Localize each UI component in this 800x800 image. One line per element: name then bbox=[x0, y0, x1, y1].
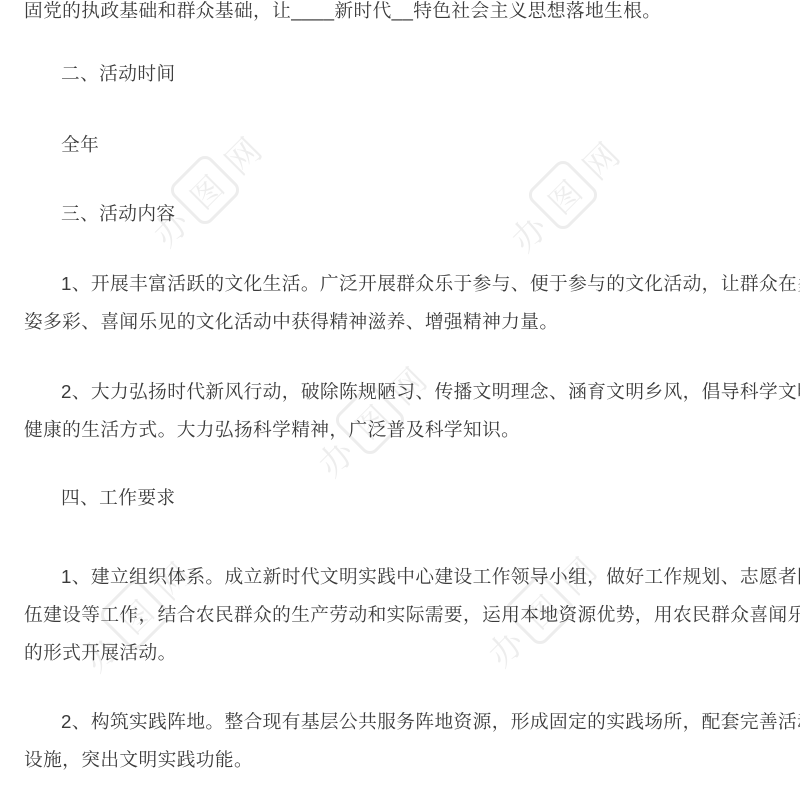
heading-section-2-activity-time: 二、活动时间 bbox=[61, 61, 176, 87]
content-item-1-line-1: 1、开展丰富活跃的文化生活。广泛开展群众乐于参与、便于参与的文化活动，让群众在多 bbox=[61, 271, 800, 297]
requirement-item-1-line-1: 1、建立组织体系。成立新时代文明实践中心建设工作领导小组，做好工作规划、志愿者队 bbox=[61, 564, 800, 590]
content-item-1-line-2: 姿多彩、喜闻乐见的文化活动中获得精神滋养、增强精神力量。 bbox=[24, 309, 558, 335]
requirement-item-2-line-2: 设施，突出文明实践功能。 bbox=[24, 747, 253, 773]
watermark-char-wang: 网 bbox=[212, 125, 271, 184]
requirement-item-1-line-2: 伍建设等工作，结合农民群众的生产劳动和实际需要，运用本地资源优势，用农民群众喜闻… bbox=[24, 602, 800, 628]
requirement-item-1-line-3: 的形式开展活动。 bbox=[24, 640, 177, 666]
heading-section-3-activity-content: 三、活动内容 bbox=[61, 201, 176, 227]
document-page: 办 图 网 办 图 网 办 图 网 办 图 网 办 图 网 固党的执政基础和群众… bbox=[0, 0, 800, 800]
intro-paragraph-tail-line: 固党的执政基础和群众基础，让____新时代__特色社会主义思想落地生根。 bbox=[24, 0, 661, 24]
content-item-2-line-2: 健康的生活方式。大力弘扬科学精神，广泛普及科学知识。 bbox=[24, 417, 520, 443]
watermark: 办 图 网 bbox=[124, 109, 287, 272]
activity-time-value: 全年 bbox=[61, 132, 99, 158]
requirement-item-2-line-1: 2、构筑实践阵地。整合现有基层公共服务阵地资源，形成固定的实践场所，配套完善活动 bbox=[61, 709, 800, 735]
watermark-logo-box-icon: 图 bbox=[167, 152, 243, 228]
watermark-char-tu: 图 bbox=[178, 163, 232, 217]
watermark-char-wang: 网 bbox=[570, 130, 629, 189]
content-item-2-line-1: 2、大力弘扬时代新风行动，破除陈规陋习、传播文明理念、涵育文明乡风，倡导科学文明 bbox=[61, 379, 800, 405]
watermark-logo-box-icon: 图 bbox=[525, 157, 601, 233]
watermark-char-ban: 办 bbox=[498, 202, 557, 261]
heading-section-4-work-requirements: 四、工作要求 bbox=[61, 485, 176, 511]
watermark-char-tu: 图 bbox=[536, 168, 590, 222]
watermark: 办 图 网 bbox=[482, 114, 645, 277]
